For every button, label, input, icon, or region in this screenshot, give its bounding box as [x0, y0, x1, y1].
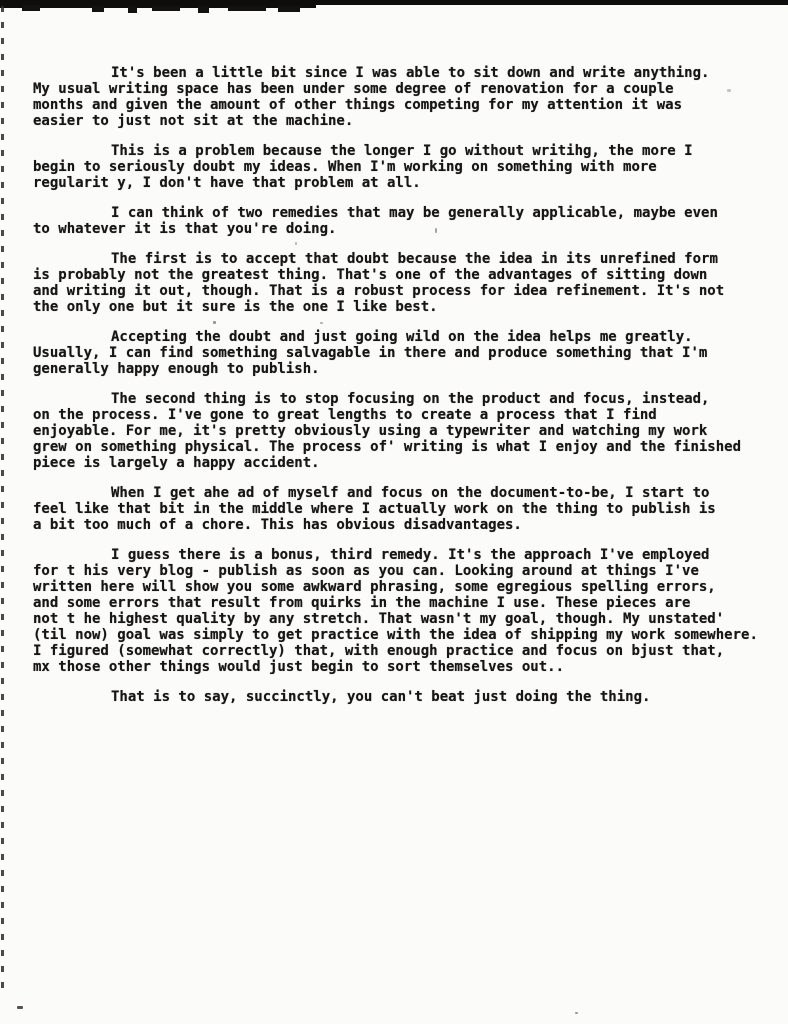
scan-edge-blob: [22, 5, 40, 11]
text-line: begin to seriously doubt my ideas. When …: [33, 159, 773, 175]
text-line: grew on something physical. The process …: [33, 439, 773, 455]
scan-speck: [575, 1012, 578, 1014]
paragraph: It's been a little bit since I was able …: [33, 65, 773, 129]
paragraph: I can think of two remedies that may be …: [33, 205, 773, 237]
text-line: for t his very blog - publish as soon as…: [33, 563, 773, 579]
text-line: Accepting the doubt and just going wild …: [33, 329, 773, 345]
text-line: is probably not the greatest thing. That…: [33, 267, 773, 283]
scan-edge-blob: [278, 6, 300, 12]
text-line: I guess there is a bonus, third remedy. …: [33, 547, 773, 563]
scan-edge-blob: [228, 6, 266, 11]
paragraph: The first is to accept that doubt becaus…: [33, 251, 773, 315]
text-line: months and given the amount of other thi…: [33, 97, 773, 113]
text-line: and some errors that result from quirks …: [33, 595, 773, 611]
scan-edge-blob: [92, 6, 104, 12]
paragraph: That is to say, succinctly, you can't be…: [33, 689, 773, 705]
paragraph: When I get ahe ad of myself and focus on…: [33, 485, 773, 533]
text-line: not t he highest quality by any stretch.…: [33, 611, 773, 627]
text-line: It's been a little bit since I was able …: [33, 65, 773, 81]
scan-left-edge-dashes: [1, 6, 4, 990]
text-line: on the process. I've gone to great lengt…: [33, 407, 773, 423]
text-line: easier to just not sit at the machine.: [33, 113, 773, 129]
text-line: That is to say, succinctly, you can't be…: [33, 689, 773, 705]
text-line: written here will show you some awkward …: [33, 579, 773, 595]
scan-speck: [17, 1006, 23, 1009]
scan-edge-blob: [198, 6, 209, 13]
text-line: My usual writing space has been under so…: [33, 81, 773, 97]
typewritten-text: It's been a little bit since I was able …: [33, 65, 773, 719]
scan-edge-blob: [152, 6, 180, 11]
paragraph: The second thing is to stop focusing on …: [33, 391, 773, 471]
text-line: to whatever it is that you're doing.: [33, 221, 773, 237]
text-line: Usually, I can find something salvagable…: [33, 345, 773, 361]
text-line: enjoyable. For me, it's pretty obviously…: [33, 423, 773, 439]
scan-edge-blob: [128, 6, 137, 13]
paragraph: Accepting the doubt and just going wild …: [33, 329, 773, 377]
text-line: regularit y, I don't have that problem a…: [33, 175, 773, 191]
text-line: a bit too much of a chore. This has obvi…: [33, 517, 773, 533]
text-line: When I get ahe ad of myself and focus on…: [33, 485, 773, 501]
paragraph: I guess there is a bonus, third remedy. …: [33, 547, 773, 675]
text-line: feel like that bit in the middle where I…: [33, 501, 773, 517]
text-line: I figured (somewhat correctly) that, wit…: [33, 643, 773, 659]
text-line: The first is to accept that doubt becaus…: [33, 251, 773, 267]
text-line: piece is largely a happy accident.: [33, 455, 773, 471]
text-line: I can think of two remedies that may be …: [33, 205, 773, 221]
text-line: and writing it out, though. That is a ro…: [33, 283, 773, 299]
text-line: mx those other things would just begin t…: [33, 659, 773, 675]
text-line: the only one but it sure is the one I li…: [33, 299, 773, 315]
paragraph: This is a problem because the longer I g…: [33, 143, 773, 191]
text-line: This is a problem because the longer I g…: [33, 143, 773, 159]
text-line: (til now) goal was simply to get practic…: [33, 627, 773, 643]
text-line: The second thing is to stop focusing on …: [33, 391, 773, 407]
text-line: generally happy enough to publish.: [33, 361, 773, 377]
